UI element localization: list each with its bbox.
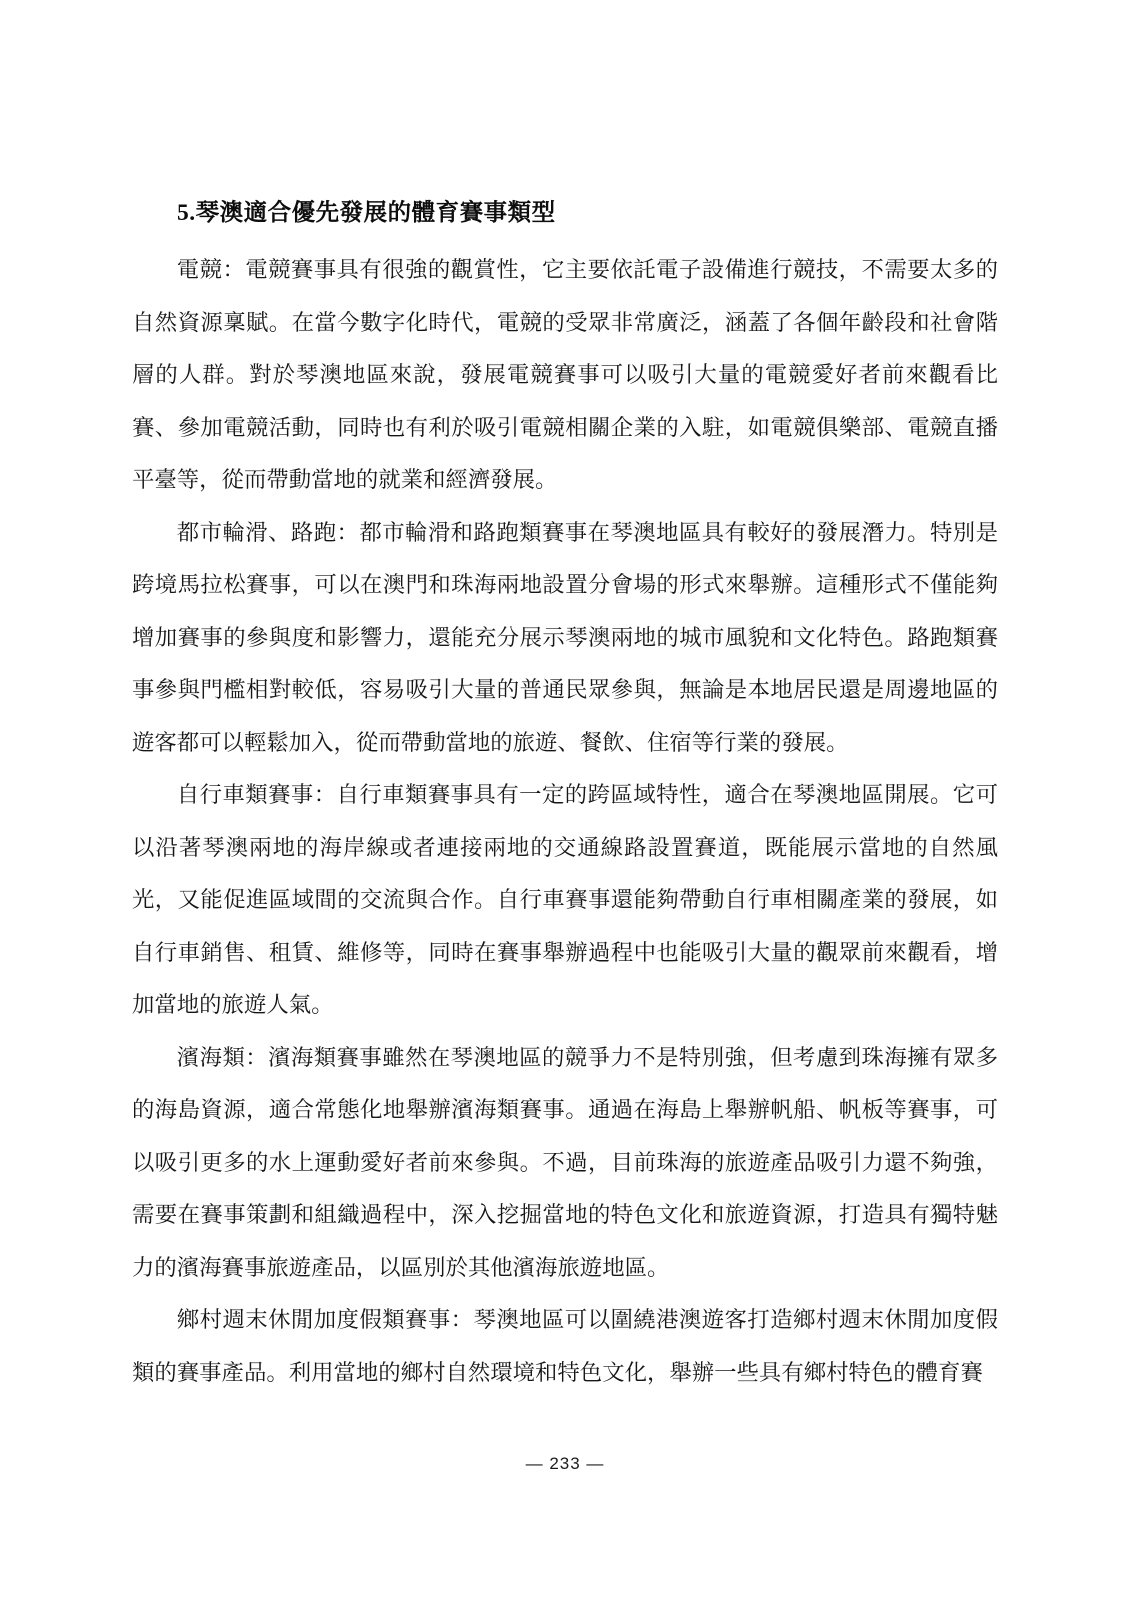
- section-heading: 5.琴澳適合優先發展的體育賽事類型: [132, 196, 998, 230]
- paragraph-coastal-events: 濱海類：濱海類賽事雖然在琴澳地區的競爭力不是特別強，但考慮到珠海擁有眾多的海島資…: [132, 1032, 998, 1295]
- document-page: 5.琴澳適合優先發展的體育賽事類型 電競：電競賽事具有很強的觀賞性，它主要依託電…: [0, 0, 1130, 1600]
- paragraph-cycling-events: 自行車類賽事：自行車類賽事具有一定的跨區域特性，適合在琴澳地區開展。它可以沿著琴…: [132, 769, 998, 1032]
- paragraph-urban-skating-road-running: 都市輪滑、路跑：都市輪滑和路跑類賽事在琴澳地區具有較好的發展潛力。特別是跨境馬拉…: [132, 507, 998, 770]
- page-number: — 233 —: [0, 1452, 1130, 1476]
- text-content: 5.琴澳適合優先發展的體育賽事類型 電競：電競賽事具有很強的觀賞性，它主要依託電…: [132, 196, 998, 1399]
- paragraph-esports: 電競：電競賽事具有很強的觀賞性，它主要依託電子設備進行競技，不需要太多的自然資源…: [132, 244, 998, 507]
- paragraph-rural-weekend-leisure-events: 鄉村週末休閒加度假類賽事：琴澳地區可以圍繞港澳遊客打造鄉村週末休閒加度假類的賽事…: [132, 1294, 998, 1399]
